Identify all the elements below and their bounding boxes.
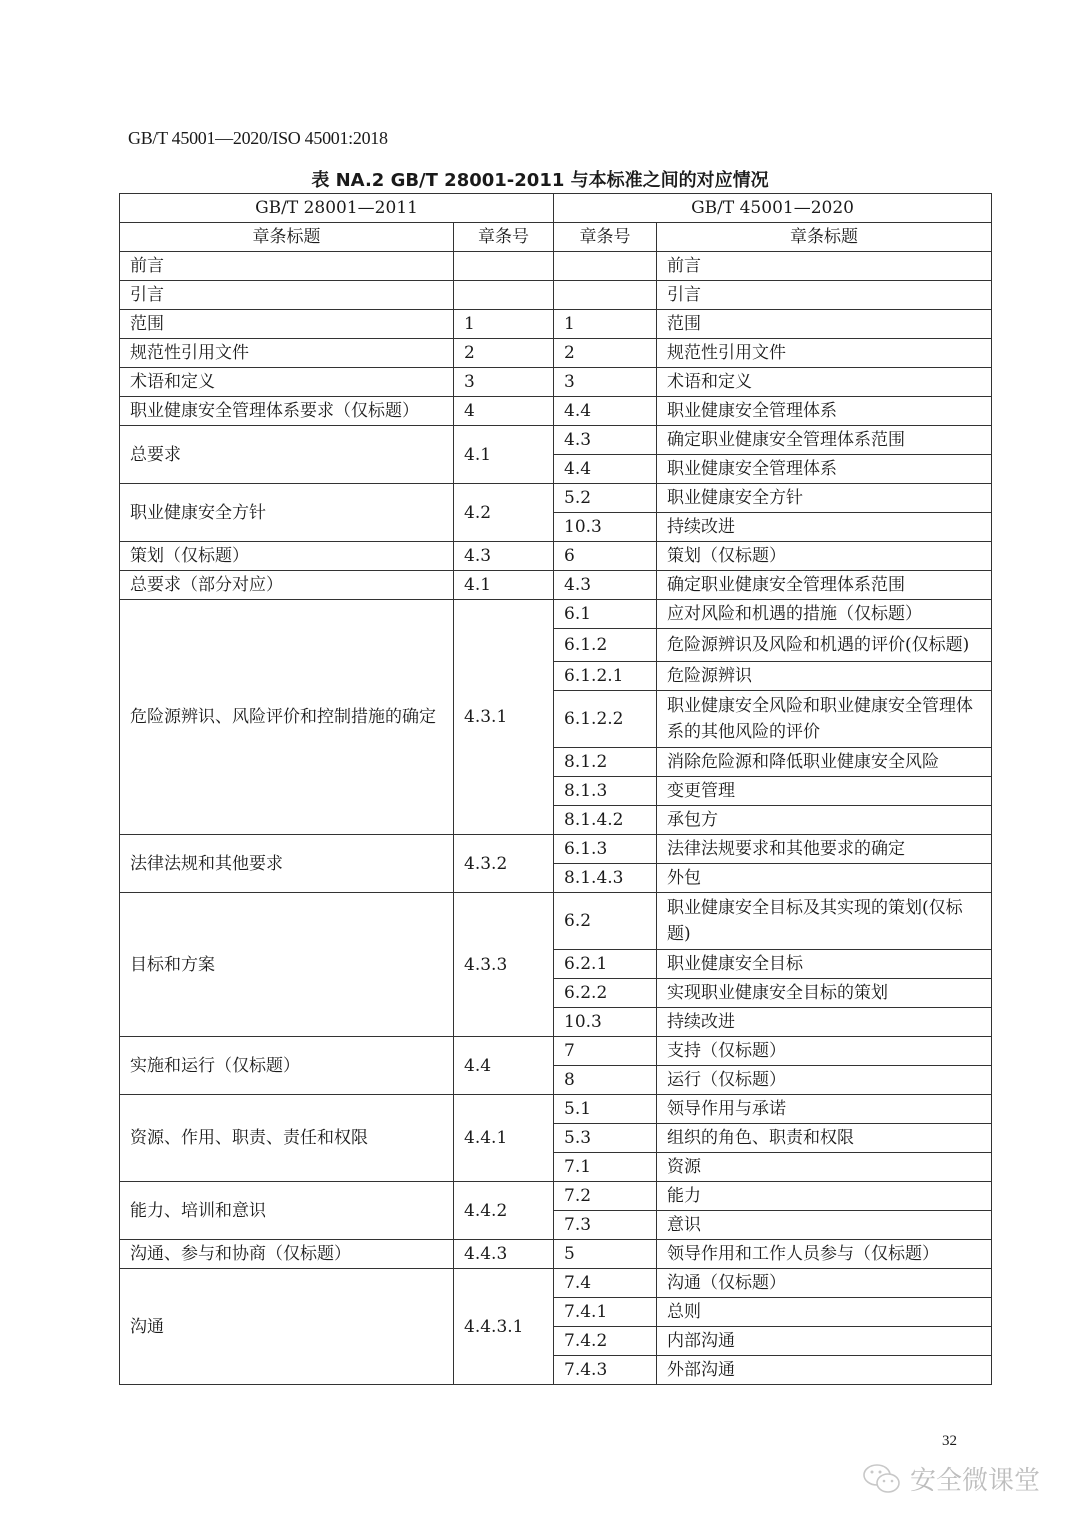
table-row: 策划（仅标题）4.36策划（仅标题） <box>120 542 992 571</box>
new-clause-number: 6.2.1 <box>554 950 657 979</box>
watermark-text: 安全微课堂 <box>910 1460 1040 1497</box>
table-row: 术语和定义33术语和定义 <box>120 368 992 397</box>
old-clause-title: 目标和方案 <box>120 893 454 1037</box>
new-clause-number: 7.4 <box>554 1269 657 1298</box>
old-clause-title: 职业健康安全管理体系要求（仅标题） <box>120 397 454 426</box>
old-clause-number <box>454 281 554 310</box>
new-clause-number <box>554 281 657 310</box>
table-row: 引言引言 <box>120 281 992 310</box>
old-clause-number: 4.3.1 <box>454 600 554 835</box>
new-clause-number: 7.1 <box>554 1153 657 1182</box>
old-clause-number: 4.2 <box>454 484 554 542</box>
new-clause-number: 6.2.2 <box>554 979 657 1008</box>
new-clause-title: 应对风险和机遇的措施（仅标题） <box>657 600 992 629</box>
new-clause-number: 4.3 <box>554 426 657 455</box>
table-row: 沟通4.4.3.17.4沟通（仅标题） <box>120 1269 992 1298</box>
new-clause-number: 3 <box>554 368 657 397</box>
old-clause-title: 实施和运行（仅标题） <box>120 1037 454 1095</box>
new-clause-title: 沟通（仅标题） <box>657 1269 992 1298</box>
table-row: 实施和运行（仅标题）4.47支持（仅标题） <box>120 1037 992 1066</box>
new-clause-title: 职业健康安全目标及其实现的策划(仅标题) <box>657 893 992 950</box>
new-clause-number: 6 <box>554 542 657 571</box>
old-clause-title: 危险源辨识、风险评价和控制措施的确定 <box>120 600 454 835</box>
old-clause-title: 法律法规和其他要求 <box>120 835 454 893</box>
old-clause-number: 4.4.2 <box>454 1182 554 1240</box>
correspondence-table: GB/T 28001—2011 GB/T 45001—2020 章条标题 章条号… <box>119 193 992 1385</box>
new-clause-title: 职业健康安全管理体系 <box>657 455 992 484</box>
table-body: 前言前言引言引言范围11范围规范性引用文件22规范性引用文件术语和定义33术语和… <box>120 252 992 1385</box>
old-clause-number: 4 <box>454 397 554 426</box>
new-clause-number: 8 <box>554 1066 657 1095</box>
table-row: 资源、作用、职责、责任和权限4.4.15.1领导作用与承诺 <box>120 1095 992 1124</box>
table-row: 职业健康安全方针4.25.2职业健康安全方针 <box>120 484 992 513</box>
old-clause-number: 4.4.1 <box>454 1095 554 1182</box>
new-clause-number: 7.4.1 <box>554 1298 657 1327</box>
new-clause-number: 10.3 <box>554 1008 657 1037</box>
group-header-old: GB/T 28001—2011 <box>120 194 554 223</box>
new-clause-title: 组织的角色、职责和权限 <box>657 1124 992 1153</box>
table-row: 范围11范围 <box>120 310 992 339</box>
column-header-new-no: 章条号 <box>554 223 657 252</box>
new-clause-title: 外部沟通 <box>657 1356 992 1385</box>
old-clause-number: 4.4 <box>454 1037 554 1095</box>
table-row: 前言前言 <box>120 252 992 281</box>
old-clause-title: 资源、作用、职责、责任和权限 <box>120 1095 454 1182</box>
new-clause-number: 8.1.3 <box>554 777 657 806</box>
new-clause-number: 5.2 <box>554 484 657 513</box>
old-clause-number <box>454 252 554 281</box>
new-clause-title: 能力 <box>657 1182 992 1211</box>
new-clause-title: 危险源辨识及风险和机遇的评价(仅标题) <box>657 629 992 662</box>
table-row: 总要求4.14.3确定职业健康安全管理体系范围 <box>120 426 992 455</box>
table-row: 法律法规和其他要求4.3.26.1.3法律法规要求和其他要求的确定 <box>120 835 992 864</box>
table-row: 危险源辨识、风险评价和控制措施的确定4.3.16.1应对风险和机遇的措施（仅标题… <box>120 600 992 629</box>
new-clause-title: 职业健康安全风险和职业健康安全管理体系的其他风险的评价 <box>657 691 992 748</box>
new-clause-title: 变更管理 <box>657 777 992 806</box>
old-clause-number: 4.1 <box>454 426 554 484</box>
table-row: 总要求（部分对应）4.14.3确定职业健康安全管理体系范围 <box>120 571 992 600</box>
table-row: 规范性引用文件22规范性引用文件 <box>120 339 992 368</box>
old-clause-title: 引言 <box>120 281 454 310</box>
column-header-new-title: 章条标题 <box>657 223 992 252</box>
new-clause-number: 5.3 <box>554 1124 657 1153</box>
new-clause-title: 确定职业健康安全管理体系范围 <box>657 426 992 455</box>
wechat-icon <box>862 1463 902 1495</box>
old-clause-title: 沟通、参与和协商（仅标题） <box>120 1240 454 1269</box>
old-clause-number: 2 <box>454 339 554 368</box>
new-clause-number: 7.3 <box>554 1211 657 1240</box>
old-clause-title: 总要求 <box>120 426 454 484</box>
new-clause-number: 6.1.3 <box>554 835 657 864</box>
new-clause-title: 策划（仅标题） <box>657 542 992 571</box>
old-clause-title: 前言 <box>120 252 454 281</box>
new-clause-number: 4.4 <box>554 397 657 426</box>
new-clause-number: 7.2 <box>554 1182 657 1211</box>
new-clause-number: 6.1.2.2 <box>554 691 657 748</box>
table-row: 目标和方案4.3.36.2职业健康安全目标及其实现的策划(仅标题) <box>120 893 992 950</box>
old-clause-title: 沟通 <box>120 1269 454 1385</box>
new-clause-number <box>554 252 657 281</box>
new-clause-title: 外包 <box>657 864 992 893</box>
new-clause-number: 6.2 <box>554 893 657 950</box>
new-clause-title: 支持（仅标题） <box>657 1037 992 1066</box>
new-clause-title: 职业健康安全方针 <box>657 484 992 513</box>
old-clause-number: 3 <box>454 368 554 397</box>
old-clause-number: 4.4.3.1 <box>454 1269 554 1385</box>
new-clause-title: 范围 <box>657 310 992 339</box>
new-clause-title: 总则 <box>657 1298 992 1327</box>
table-row: 沟通、参与和协商（仅标题）4.4.35领导作用和工作人员参与（仅标题） <box>120 1240 992 1269</box>
new-clause-title: 职业健康安全目标 <box>657 950 992 979</box>
new-clause-title: 领导作用和工作人员参与（仅标题） <box>657 1240 992 1269</box>
old-clause-title: 职业健康安全方针 <box>120 484 454 542</box>
old-clause-title: 总要求（部分对应） <box>120 571 454 600</box>
new-clause-number: 7.4.2 <box>554 1327 657 1356</box>
new-clause-title: 领导作用与承诺 <box>657 1095 992 1124</box>
new-clause-number: 2 <box>554 339 657 368</box>
old-clause-number: 4.3.2 <box>454 835 554 893</box>
new-clause-number: 6.1.2 <box>554 629 657 662</box>
old-clause-title: 能力、培训和意识 <box>120 1182 454 1240</box>
new-clause-number: 4.3 <box>554 571 657 600</box>
old-clause-number: 4.3.3 <box>454 893 554 1037</box>
new-clause-number: 4.4 <box>554 455 657 484</box>
new-clause-number: 5.1 <box>554 1095 657 1124</box>
new-clause-number: 7.4.3 <box>554 1356 657 1385</box>
old-clause-number: 4.1 <box>454 571 554 600</box>
old-clause-title: 规范性引用文件 <box>120 339 454 368</box>
column-header-old-title: 章条标题 <box>120 223 454 252</box>
new-clause-title: 危险源辨识 <box>657 662 992 691</box>
old-clause-title: 术语和定义 <box>120 368 454 397</box>
group-header-row: GB/T 28001—2011 GB/T 45001—2020 <box>120 194 992 223</box>
new-clause-number: 5 <box>554 1240 657 1269</box>
group-header-new: GB/T 45001—2020 <box>554 194 992 223</box>
new-clause-title: 意识 <box>657 1211 992 1240</box>
new-clause-number: 8.1.2 <box>554 748 657 777</box>
new-clause-title: 法律法规要求和其他要求的确定 <box>657 835 992 864</box>
page-number: 32 <box>942 1433 957 1450</box>
table-row: 职业健康安全管理体系要求（仅标题）44.4职业健康安全管理体系 <box>120 397 992 426</box>
column-header-old-no: 章条号 <box>454 223 554 252</box>
new-clause-title: 职业健康安全管理体系 <box>657 397 992 426</box>
new-clause-number: 1 <box>554 310 657 339</box>
new-clause-title: 持续改进 <box>657 513 992 542</box>
table-row: 能力、培训和意识4.4.27.2能力 <box>120 1182 992 1211</box>
new-clause-title: 运行（仅标题） <box>657 1066 992 1095</box>
old-clause-number: 1 <box>454 310 554 339</box>
new-clause-title: 持续改进 <box>657 1008 992 1037</box>
new-clause-number: 6.1.2.1 <box>554 662 657 691</box>
new-clause-number: 10.3 <box>554 513 657 542</box>
new-clause-number: 7 <box>554 1037 657 1066</box>
new-clause-title: 规范性引用文件 <box>657 339 992 368</box>
new-clause-title: 引言 <box>657 281 992 310</box>
new-clause-title: 实现职业健康安全目标的策划 <box>657 979 992 1008</box>
old-clause-title: 策划（仅标题） <box>120 542 454 571</box>
new-clause-title: 内部沟通 <box>657 1327 992 1356</box>
new-clause-title: 术语和定义 <box>657 368 992 397</box>
column-header-row: 章条标题 章条号 章条号 章条标题 <box>120 223 992 252</box>
new-clause-title: 承包方 <box>657 806 992 835</box>
old-clause-number: 4.3 <box>454 542 554 571</box>
new-clause-title: 消除危险源和降低职业健康安全风险 <box>657 748 992 777</box>
watermark: 安全微课堂 <box>862 1460 1040 1497</box>
new-clause-title: 前言 <box>657 252 992 281</box>
new-clause-number: 8.1.4.2 <box>554 806 657 835</box>
new-clause-title: 确定职业健康安全管理体系范围 <box>657 571 992 600</box>
old-clause-number: 4.4.3 <box>454 1240 554 1269</box>
table-caption: 表 NA.2 GB/T 28001-2011 与本标准之间的对应情况 <box>0 166 1080 192</box>
new-clause-number: 6.1 <box>554 600 657 629</box>
new-clause-number: 8.1.4.3 <box>554 864 657 893</box>
old-clause-title: 范围 <box>120 310 454 339</box>
new-clause-title: 资源 <box>657 1153 992 1182</box>
standard-id-header: GB/T 45001—2020/ISO 45001:2018 <box>128 128 388 149</box>
